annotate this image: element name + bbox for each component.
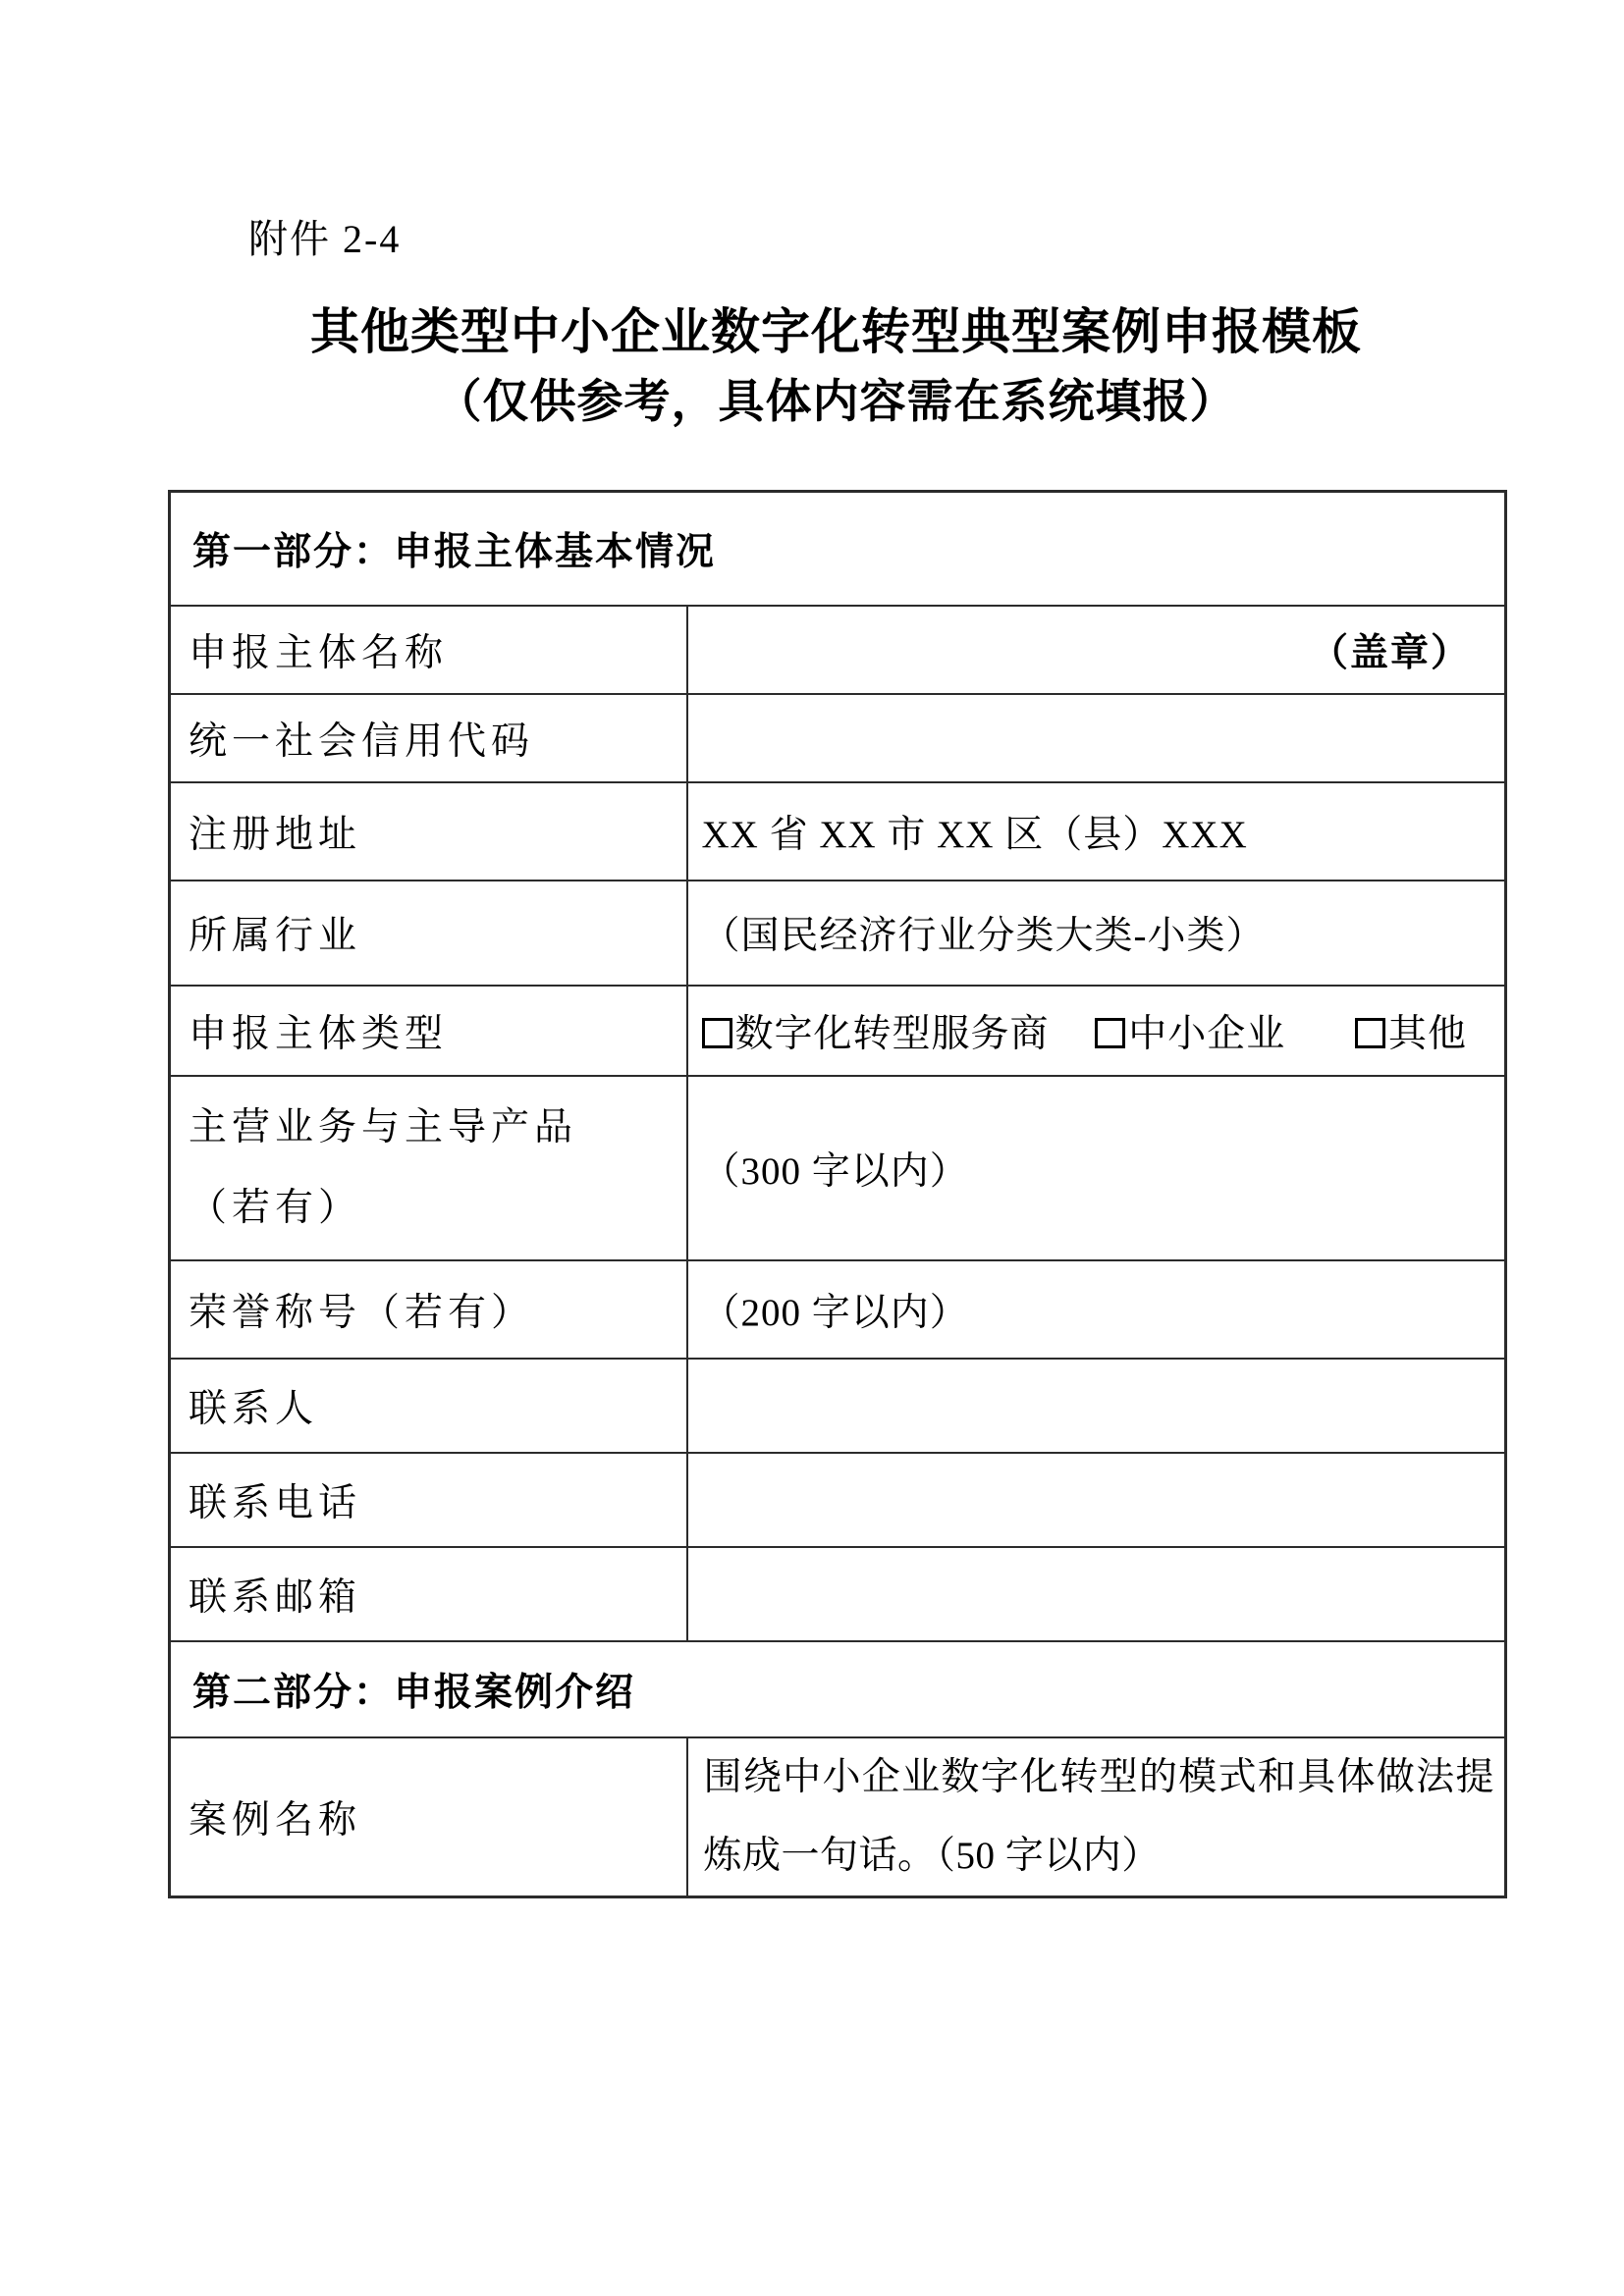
contact-email-input-cell[interactable] [687, 1547, 1506, 1641]
checkbox-icon[interactable] [1355, 1018, 1385, 1048]
industry-label: 所属行业 [170, 881, 687, 986]
row-entity-type: 申报主体类型 数字化转型服务商 中小企业 其他 [170, 986, 1506, 1076]
doc-subtitle: （仅供参考，具体内容需在系统填报） [168, 365, 1504, 431]
section2-title: 第二部分：申报案例介绍 [170, 1641, 1506, 1737]
main-business-label: 主营业务与主导产品 （若有） [170, 1076, 687, 1260]
registered-address-value[interactable]: XX 省 XX 市 XX 区（县）XXX [687, 782, 1506, 881]
row-credit-code: 统一社会信用代码 [170, 694, 1506, 782]
option-digital-service-provider[interactable]: 数字化转型服务商 [702, 1003, 1050, 1058]
entity-name-label: 申报主体名称 [170, 606, 687, 694]
row-entity-name: 申报主体名称 （盖章） [170, 606, 1506, 694]
attachment-label: 附件 2-4 [248, 208, 401, 264]
row-case-name: 案例名称 围绕中小企业数字化转型的模式和具体做法提炼成一句话。（50 字以内） [170, 1737, 1506, 1897]
option-label: 其他 [1388, 1013, 1467, 1055]
credit-code-input-cell[interactable] [687, 694, 1506, 782]
row-registered-address: 注册地址 XX 省 XX 市 XX 区（县）XXX [170, 782, 1506, 881]
seal-note: （盖章） [1310, 632, 1471, 674]
option-label: 数字化转型服务商 [735, 1013, 1050, 1055]
option-label: 中小企业 [1128, 1013, 1285, 1055]
application-form-table: 第一部分：申报主体基本情况 申报主体名称 （盖章） 统一社会信用代码 注册地址 … [168, 490, 1507, 1898]
entity-type-options-cell: 数字化转型服务商 中小企业 其他 [687, 986, 1506, 1076]
case-name-value[interactable]: 围绕中小企业数字化转型的模式和具体做法提炼成一句话。（50 字以内） [687, 1737, 1506, 1897]
contact-email-label: 联系邮箱 [170, 1547, 687, 1641]
honors-label: 荣誉称号（若有） [170, 1260, 687, 1359]
entity-type-label: 申报主体类型 [170, 986, 687, 1076]
main-business-label-line2: （若有） [189, 1168, 686, 1249]
main-business-label-line1: 主营业务与主导产品 [189, 1088, 686, 1168]
row-contact-person: 联系人 [170, 1359, 1506, 1453]
case-name-label: 案例名称 [170, 1737, 687, 1897]
contact-phone-label: 联系电话 [170, 1453, 687, 1547]
row-main-business: 主营业务与主导产品 （若有） （300 字以内） [170, 1076, 1506, 1260]
section1-title: 第一部分：申报主体基本情况 [170, 492, 1506, 606]
entity-name-input-cell[interactable]: （盖章） [687, 606, 1506, 694]
contact-phone-input-cell[interactable] [687, 1453, 1506, 1547]
row-contact-email: 联系邮箱 [170, 1547, 1506, 1641]
doc-title: 其他类型中小企业数字化转型典型案例申报模板 [168, 293, 1504, 363]
option-sme[interactable]: 中小企业 [1095, 1003, 1285, 1058]
main-business-value[interactable]: （300 字以内） [687, 1076, 1506, 1260]
contact-person-label: 联系人 [170, 1359, 687, 1453]
registered-address-label: 注册地址 [170, 782, 687, 881]
section2-header-row: 第二部分：申报案例介绍 [170, 1641, 1506, 1737]
checkbox-icon[interactable] [702, 1018, 732, 1048]
checkbox-icon[interactable] [1095, 1018, 1125, 1048]
contact-person-input-cell[interactable] [687, 1359, 1506, 1453]
row-contact-phone: 联系电话 [170, 1453, 1506, 1547]
credit-code-label: 统一社会信用代码 [170, 694, 687, 782]
option-other[interactable]: 其他 [1355, 1003, 1467, 1058]
honors-value[interactable]: （200 字以内） [687, 1260, 1506, 1359]
row-industry: 所属行业 （国民经济行业分类大类-小类） [170, 881, 1506, 986]
row-honors: 荣誉称号（若有） （200 字以内） [170, 1260, 1506, 1359]
section1-header-row: 第一部分：申报主体基本情况 [170, 492, 1506, 606]
industry-value[interactable]: （国民经济行业分类大类-小类） [687, 881, 1506, 986]
document-page: 附件 2-4 其他类型中小企业数字化转型典型案例申报模板 （仅供参考，具体内容需… [0, 0, 1624, 2296]
